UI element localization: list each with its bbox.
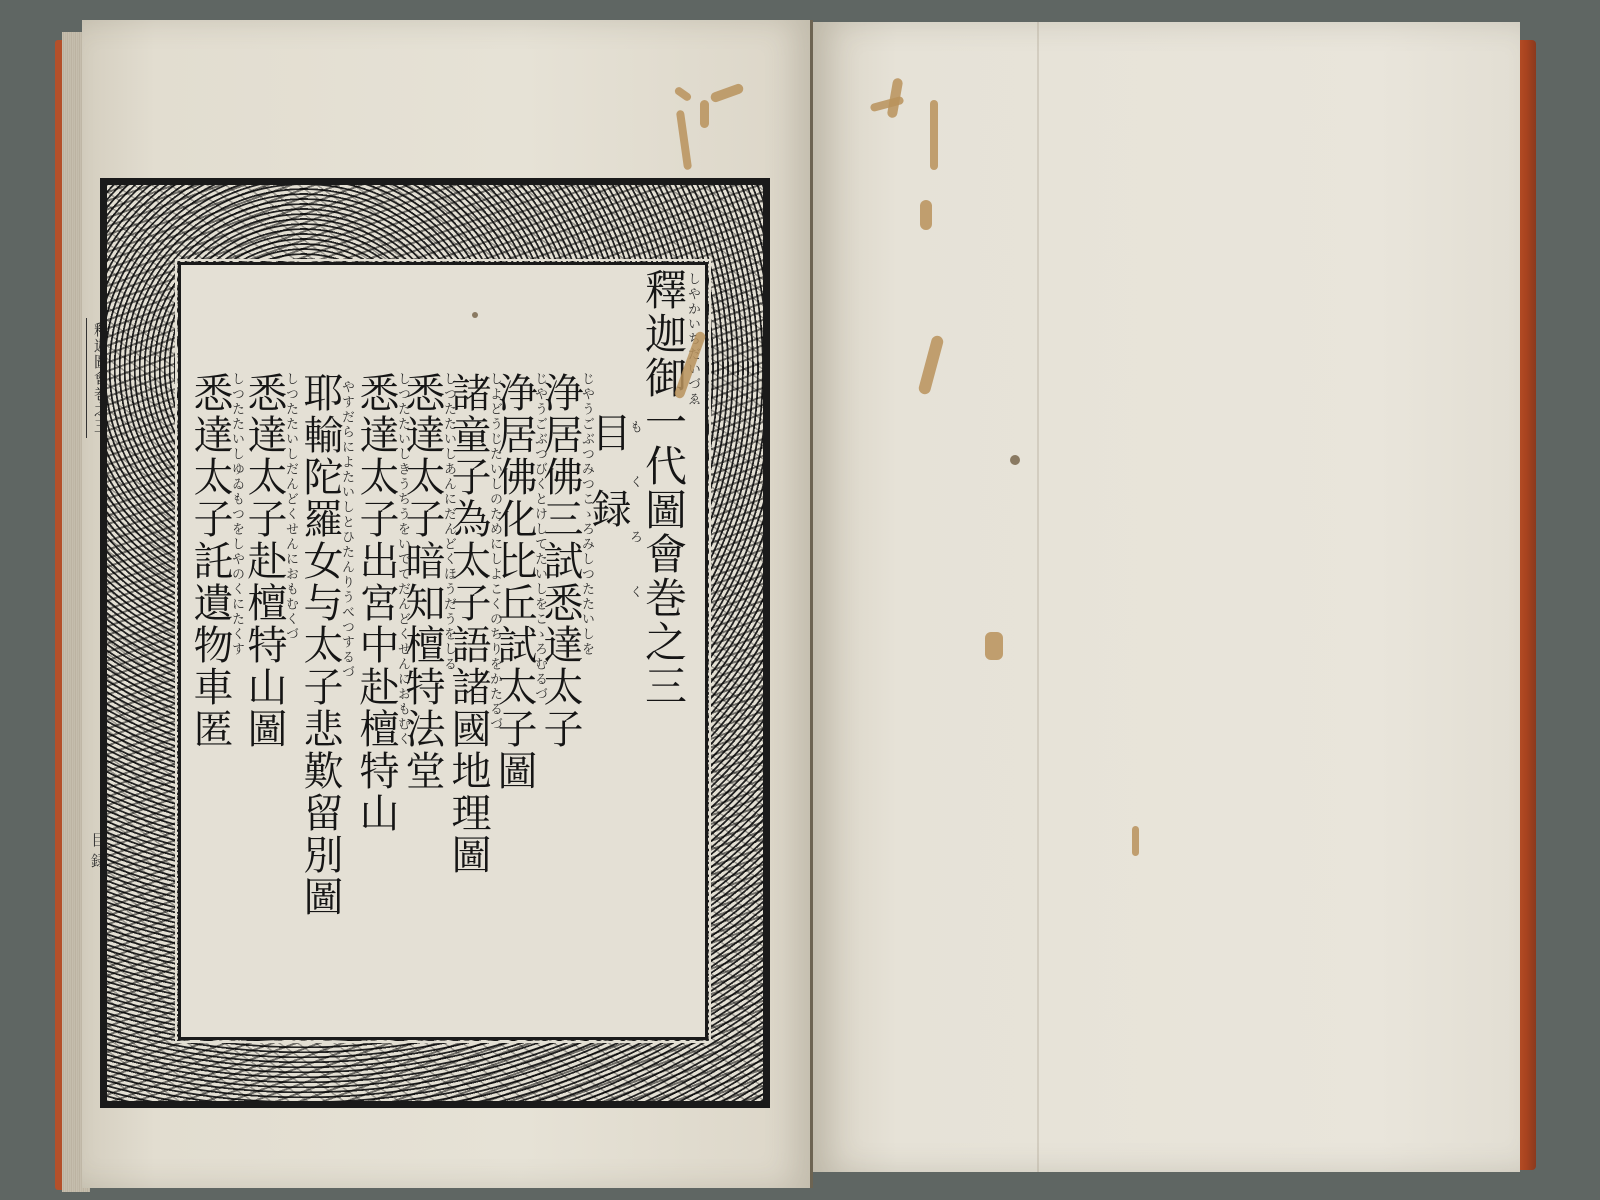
- open-book: 釋迦圖會巻之三 目録 釋迦御一代圖會巻之三 しやかいちだいづゑ 目録 もくろく …: [0, 0, 1600, 1200]
- toc-entry: 悉達太子出宮中赴檀特山: [356, 372, 396, 834]
- toc-entry: 悉達太子託遺物車匿: [190, 372, 230, 750]
- toc-entry-ruby: やすだらによたいしとひたんりうべつするづ: [340, 380, 353, 680]
- wormhole-stain: [930, 100, 938, 170]
- wormhole-stain: [920, 200, 932, 230]
- toc-entry-ruby: じやうごぶつみつこゝろみしつたたいしを: [580, 372, 593, 657]
- volume-title: 釋迦御一代圖會巻之三: [642, 268, 684, 708]
- wormhole-stain: [985, 632, 1003, 660]
- toc-entry-ruby: じやうごぶつびくとけしてたいしをこゝろむるづ: [533, 372, 546, 702]
- right-page: [812, 22, 1520, 1172]
- book-gutter: [810, 20, 813, 1188]
- toc-entry: 悉達太子赴檀特山圖: [244, 372, 284, 750]
- toc-entry-ruby: しつたたいしあんにだんどくほうだうをしる: [442, 372, 455, 672]
- toc-entry-ruby: しつたたいしだんどくせんにおもむくづ: [284, 372, 297, 642]
- ink-spot: [472, 312, 478, 318]
- toc-entry: 耶輸陀羅女与太子悲歎留別圖: [300, 372, 340, 918]
- toc-entry-ruby: しよどうじたいしのためにしよこくのちりをかたるづ: [488, 372, 501, 732]
- contents-heading: 目録: [588, 412, 628, 564]
- ink-spot: [1010, 455, 1020, 465]
- contents-heading-ruby: もくろく: [628, 420, 641, 640]
- page-fold: [1037, 22, 1039, 1172]
- wormhole-stain: [700, 100, 709, 128]
- wormhole-stain: [1132, 826, 1139, 856]
- toc-entry-ruby: しつたたいしゆゐもつをしやのくにたくす: [230, 372, 243, 657]
- toc-entry-ruby: しつたたいしきうちうをいでてだんどくせんにおもむく: [396, 372, 409, 747]
